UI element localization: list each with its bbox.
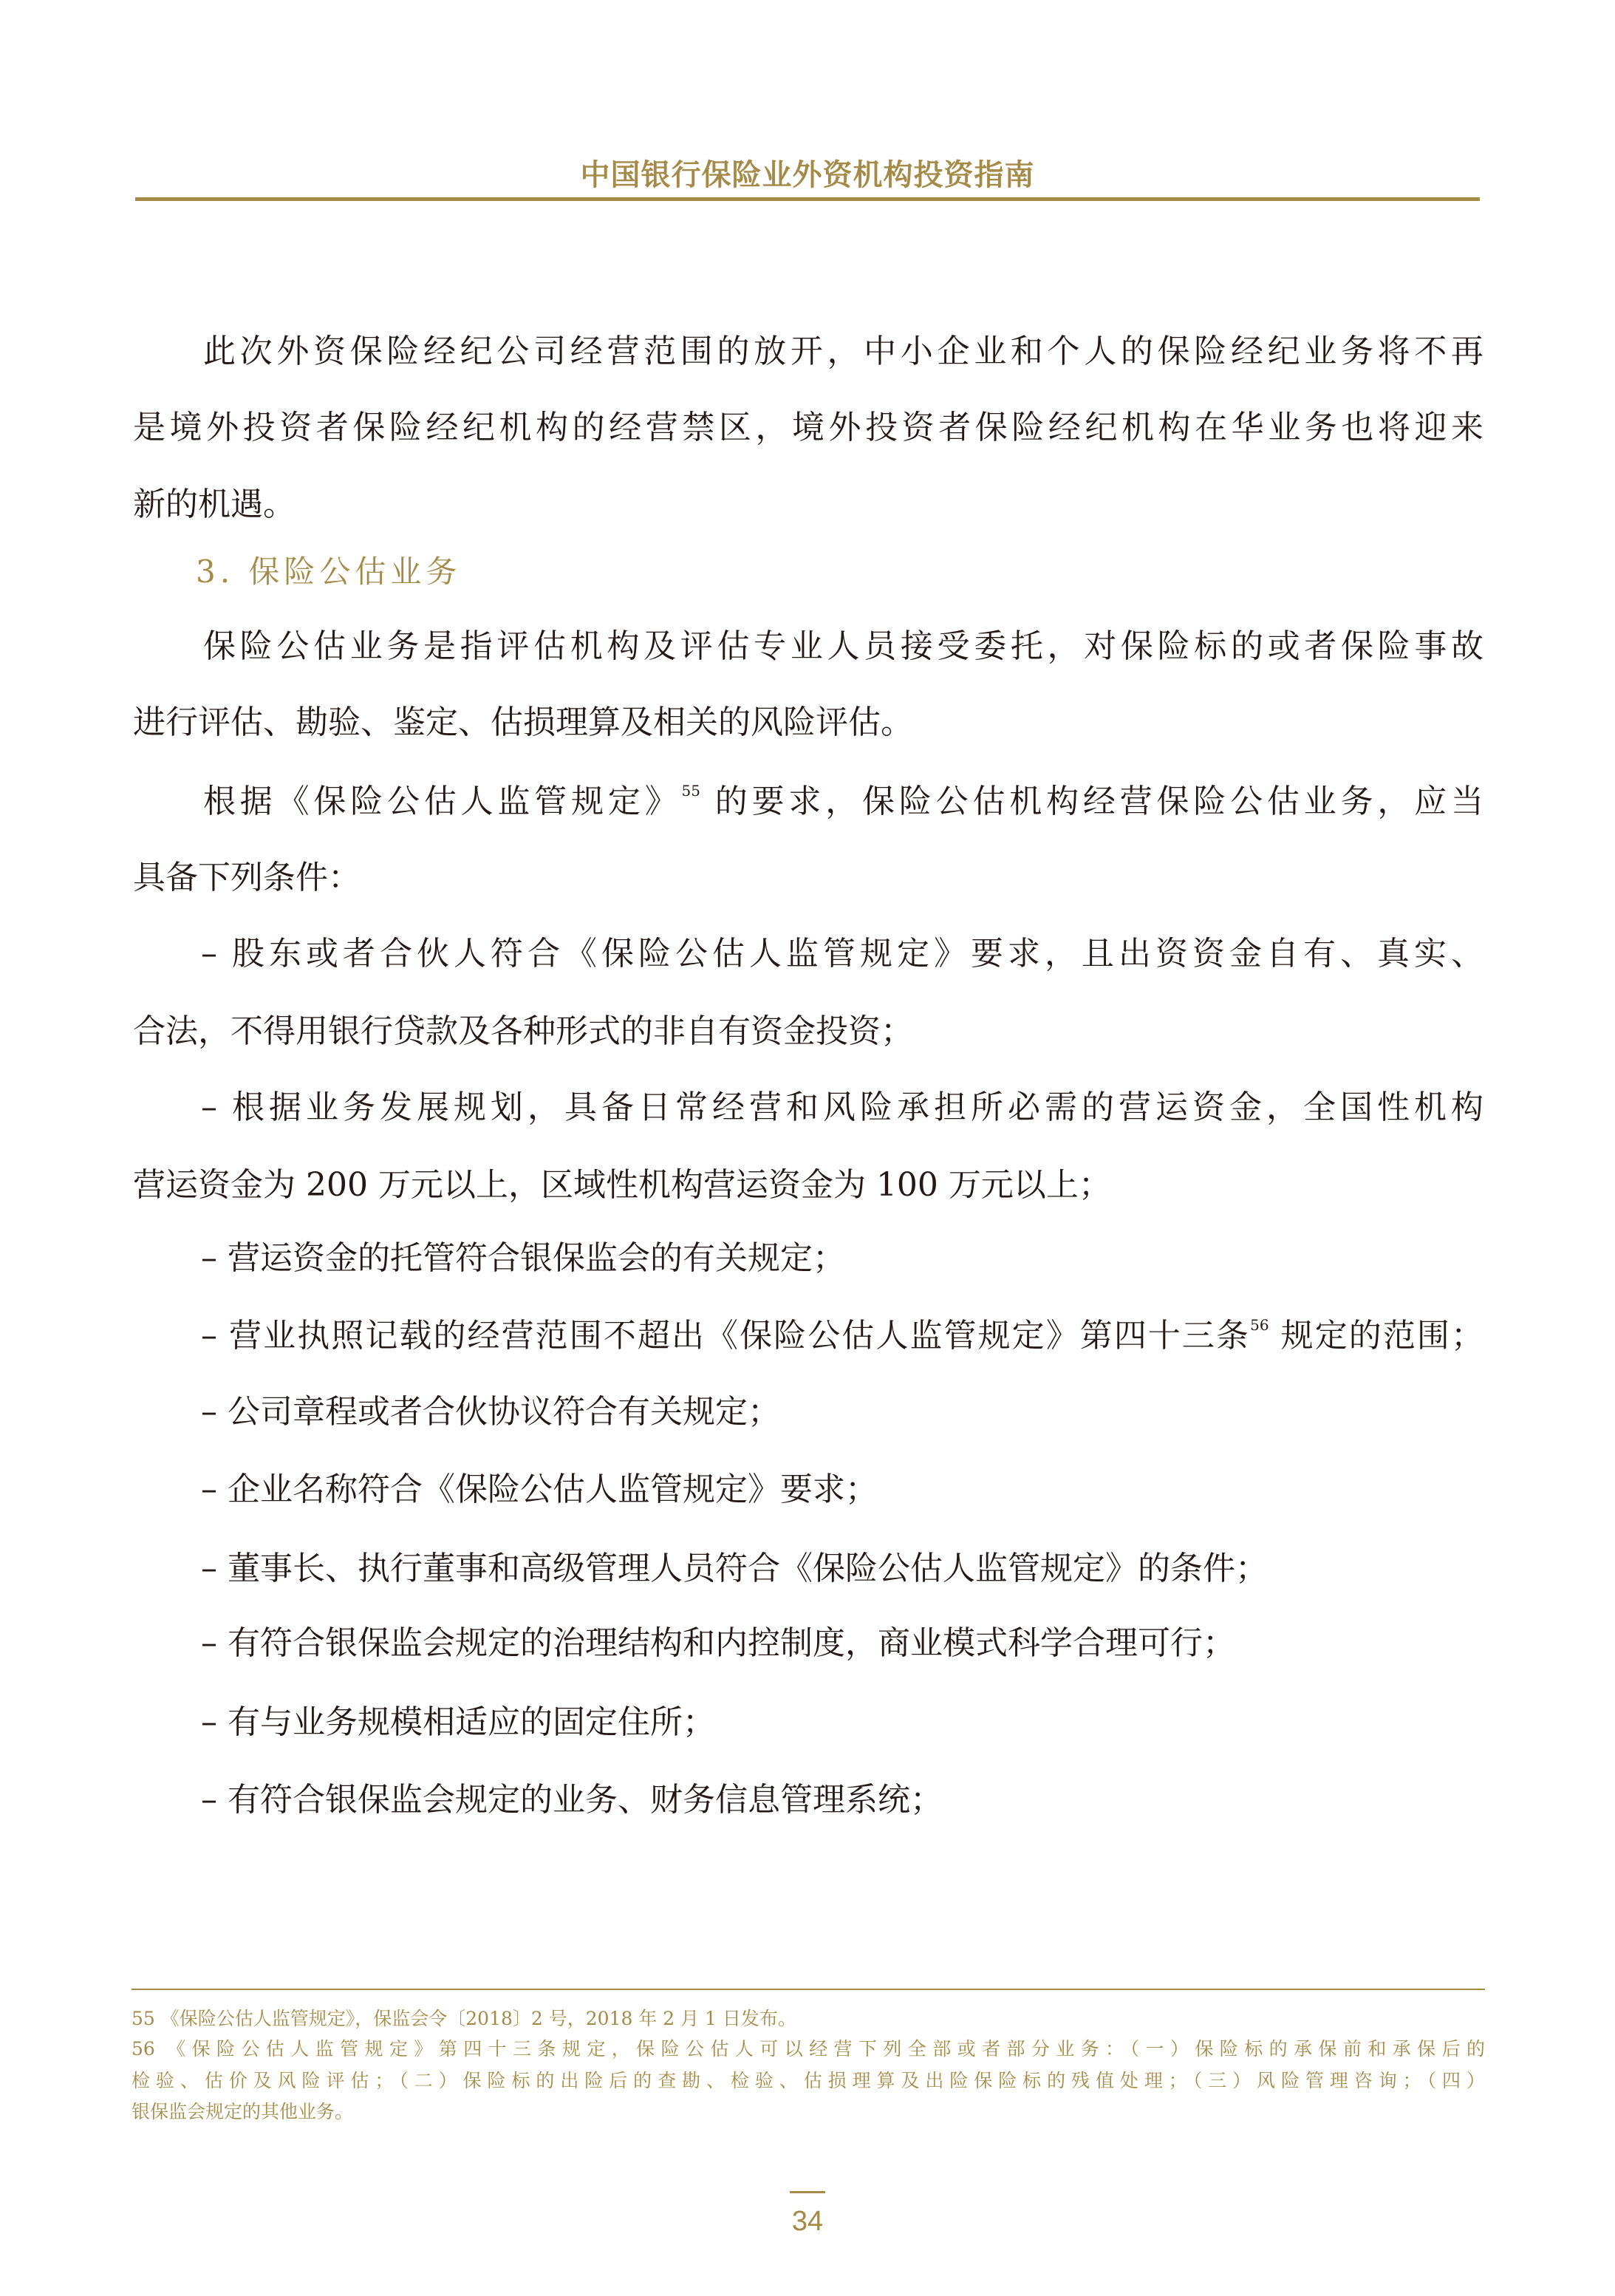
condition-item: – 股东或者合伙人符合《保险公估人监管规定》要求，且出资资金自有、真实、 [201, 933, 1483, 975]
page-number-rule [790, 2191, 825, 2193]
condition-item: – 公司章程或者合伙协议符合有关规定； [201, 1391, 1483, 1433]
condition-item-cont: 营运资金为 200 万元以上，区域性机构营运资金为 100 万元以上； [133, 1165, 1483, 1206]
condition-item: – 营业执照记载的经营范围不超出《保险公估人监管规定》第四十三条56 规定的范围… [201, 1315, 1483, 1357]
condition-item: – 有与业务规模相适应的固定住所； [201, 1702, 1483, 1743]
condition-item: – 营运资金的托管符合银保监会的有关规定； [201, 1238, 1483, 1279]
text: 的要求，保险公估机构经营保险公估业务，应当 [700, 783, 1483, 820]
paragraph-line: 新的机遇。 [133, 484, 1483, 525]
condition-item: – 企业名称符合《保险公估人监管规定》要求； [201, 1469, 1483, 1510]
paragraph-line: 保险公估业务是指评估机构及评估专业人员接受委托，对保险标的或者保险事故 [203, 626, 1483, 667]
footnote-ref-56[interactable]: 56 [1250, 1316, 1269, 1334]
section-heading: 3. 保险公估业务 [196, 551, 461, 593]
condition-item: – 有符合银保监会规定的业务、财务信息管理系统； [201, 1779, 1483, 1821]
footnote-56-line: 银保监会规定的其他业务。 [132, 2097, 1485, 2127]
paragraph-line: 根据《保险公估人监管规定》55 的要求，保险公估机构经营保险公估业务，应当 [203, 781, 1483, 822]
paragraph-line: 是境外投资者保险经纪机构的经营禁区，境外投资者保险经纪机构在华业务也将迎来 [133, 407, 1483, 449]
running-header-title: 中国银行保险业外资机构投资指南 [0, 151, 1615, 194]
footnote-56-line: 检验、估价及风险评估；（二）保险标的出险后的查勘、检验、估损理算及出险保险标的残… [132, 2066, 1485, 2096]
text: – 营业执照记载的经营范围不超出《保险公估人监管规定》第四十三条 [201, 1317, 1250, 1355]
footnote-rule [132, 1989, 1485, 1990]
footnote-55: 55 《保险公估人监管规定》，保监会令〔2018〕2 号，2018 年 2 月 … [132, 2004, 1485, 2034]
condition-item: – 董事长、执行董事和高级管理人员符合《保险公估人监管规定》的条件； [201, 1548, 1483, 1590]
paragraph-line: 具备下列条件： [133, 857, 1483, 899]
paragraph-line: 此次外资保险经纪公司经营范围的放开，中小企业和个人的保险经纪业务将不再 [203, 331, 1483, 372]
paragraph-line: 进行评估、勘验、鉴定、估损理算及相关的风险评估。 [133, 702, 1483, 743]
condition-item: – 有符合银保监会规定的治理结构和内控制度，商业模式科学合理可行； [201, 1623, 1483, 1664]
text: 规定的范围； [1269, 1317, 1483, 1355]
text: 根据《保险公估人监管规定》 [203, 783, 682, 820]
header-rule [135, 197, 1480, 201]
condition-item-cont: 合法，不得用银行贷款及各种形式的非自有资金投资； [133, 1011, 1483, 1052]
condition-item: – 根据业务发展规划，具备日常经营和风险承担所必需的营运资金，全国性机构 [201, 1087, 1483, 1128]
footnote-ref-55[interactable]: 55 [682, 782, 700, 800]
footnote-56-line: 56 《保险公估人监管规定》第四十三条规定，保险公估人可以经营下列全部或者部分业… [132, 2034, 1485, 2064]
page-number: 34 [0, 2206, 1615, 2238]
